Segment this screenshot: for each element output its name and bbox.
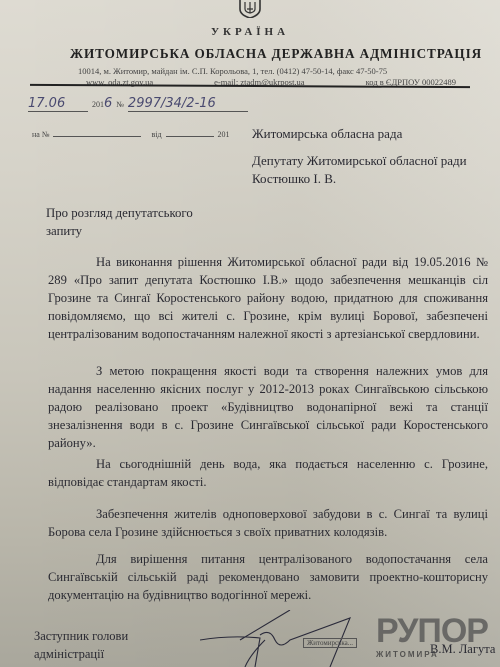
body-paragraph-3: На сьогоднішній день вода, яка подається… bbox=[48, 455, 488, 491]
addressee-title: Депутату Житомирської обласної ради bbox=[252, 152, 467, 170]
subject-line-2: запиту bbox=[46, 222, 82, 240]
year-prefix: 201 bbox=[92, 100, 104, 109]
country-name: УКРАЇНА bbox=[0, 26, 500, 38]
signatory-position-line-2: адміністрації bbox=[34, 645, 104, 663]
body-paragraph-1: На виконання рішення Житомирської обласн… bbox=[48, 253, 488, 343]
addressee-name: Костюшко І. В. bbox=[252, 170, 336, 188]
reply-registration: на № від 201 bbox=[32, 124, 230, 142]
reply-number-label: на № bbox=[32, 130, 49, 139]
body-paragraph-5: Для вирішення питання централізованого в… bbox=[48, 550, 488, 604]
subject-line-1: Про розгляд депутатського bbox=[46, 204, 193, 222]
organization-name: ЖИТОМИРСЬКА ОБЛАСНА ДЕРЖАВНА АДМІНІСТРАЦ… bbox=[70, 46, 482, 62]
signatory-name: В.М. Лагута bbox=[430, 640, 495, 658]
body-paragraph-4: Забезпечення жителів одноповерхової забу… bbox=[48, 505, 488, 541]
outgoing-number: 2997/34/2-16 bbox=[128, 96, 248, 112]
addressee-council: Житомирська обласна рада bbox=[252, 125, 402, 143]
signatory-position-line-1: Заступник голови bbox=[34, 627, 128, 645]
reply-year-blank: 201 bbox=[218, 130, 230, 139]
organization-address: 10014, м. Житомир, майдан ім. С.П. Корол… bbox=[78, 66, 387, 76]
outgoing-date: 17.06 bbox=[28, 96, 88, 112]
trident-coat-of-arms-icon bbox=[237, 0, 263, 18]
official-stamp: Житомирська... bbox=[303, 638, 357, 648]
reply-number-blank bbox=[53, 128, 141, 137]
reply-from-label: від bbox=[151, 130, 161, 139]
body-paragraph-2: З метою покращення якості води та створе… bbox=[48, 362, 488, 452]
reply-date-blank bbox=[166, 128, 214, 137]
year-handwritten: 6 bbox=[104, 96, 112, 111]
outgoing-registration: 17.06 2016 № 2997/34/2-16 bbox=[28, 94, 248, 112]
number-label: № bbox=[116, 100, 124, 109]
